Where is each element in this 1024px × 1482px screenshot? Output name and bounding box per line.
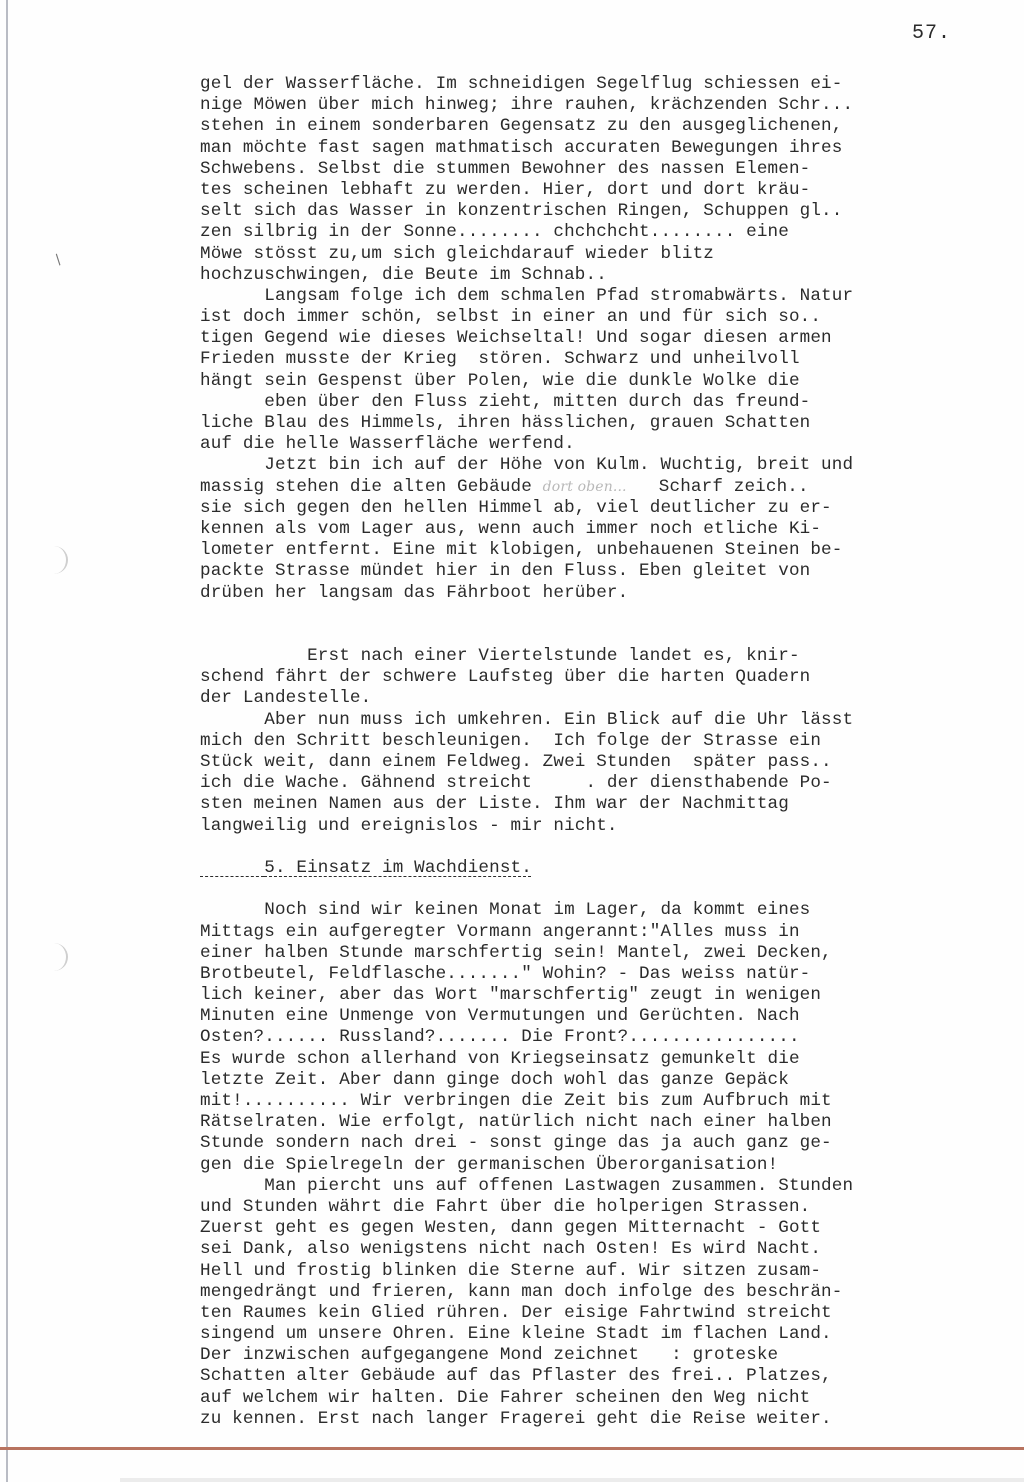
blank-line <box>200 837 990 858</box>
scan-edge-shadow <box>120 1478 1024 1482</box>
text-line: tes scheinen lebhaft zu werden. Hier, do… <box>200 180 990 201</box>
section-heading: 5. Einsatz im Wachdienst. <box>200 858 990 879</box>
text-line: langweilig und ereignislos - mir nicht. <box>200 816 990 837</box>
text-line: eben über den Fluss zieht, mitten durch … <box>200 392 990 413</box>
section-heading-text: 5. Einsatz im Wachdienst. <box>264 858 532 878</box>
page-number: 57. <box>912 22 951 45</box>
text-line: lometer entfernt. Eine mit klobigen, unb… <box>200 540 990 561</box>
text-line: Noch sind wir keinen Monat im Lager, da … <box>200 900 990 921</box>
text-line: Frieden musste der Krieg stören. Schwarz… <box>200 349 990 370</box>
text-line: zu kennen. Erst nach langer Fragerei geh… <box>200 1409 990 1430</box>
text-line: Osten?...... Russland?....... Die Front?… <box>200 1027 990 1048</box>
text-line: und Stunden währt die Fahrt über die hol… <box>200 1197 990 1218</box>
text-line: tigen Gegend wie dieses Weichseltal! Und… <box>200 328 990 349</box>
text-line: gel der Wasserfläche. Im schneidigen Seg… <box>200 74 990 95</box>
text-line: auf die helle Wasserfläche werfend. <box>200 434 990 455</box>
blank-line <box>200 604 990 625</box>
text-line: sie sich gegen den hellen Himmel ab, vie… <box>200 498 990 519</box>
text-line: lich keiner, aber das Wort "marschfertig… <box>200 985 990 1006</box>
text-line: Der inzwischen aufgegangene Mond zeichne… <box>200 1345 990 1366</box>
text-line: packte Strasse mündet hier in den Fluss.… <box>200 561 990 582</box>
punch-hole-icon <box>40 943 68 971</box>
text-line: zen silbrig in der Sonne........ chchchc… <box>200 222 990 243</box>
text-line: Erst nach einer Viertelstunde landet es,… <box>200 646 990 667</box>
text-line: Brotbeutel, Feldflasche......." Wohin? -… <box>200 964 990 985</box>
typewritten-text: gel der Wasserfläche. Im schneidigen Seg… <box>200 74 990 1430</box>
text-line: massig stehen die alten Gebäude dort obe… <box>200 477 990 498</box>
text-line: sten meinen Namen aus der Liste. Ihm war… <box>200 794 990 815</box>
text-line: man möchte fast sagen mathmatisch accura… <box>200 138 990 159</box>
text-line: Minuten eine Unmenge von Vermutungen und… <box>200 1006 990 1027</box>
text-line: Hell und frostig blinken die Sterne auf.… <box>200 1261 990 1282</box>
text-line: einer halben Stunde marschfertig sein! M… <box>200 943 990 964</box>
punch-hole-icon <box>40 546 68 574</box>
text-line: Jetzt bin ich auf der Höhe von Kulm. Wuc… <box>200 455 990 476</box>
text-line: Mittags ein aufgeregter Vormann angerann… <box>200 922 990 943</box>
text-line: stehen in einem sonderbaren Gegensatz zu… <box>200 116 990 137</box>
text-line: Zuerst geht es gegen Westen, dann gegen … <box>200 1218 990 1239</box>
text-line: Rätselraten. Wie erfolgt, natürlich nich… <box>200 1112 990 1133</box>
blank-line <box>200 879 990 900</box>
text-line: sei Dank, also wenigstens nicht nach Ost… <box>200 1239 990 1260</box>
text-line: Schwebens. Selbst die stummen Bewohner d… <box>200 159 990 180</box>
text-line: Schatten alter Gebäude auf das Pflaster … <box>200 1366 990 1387</box>
text-line: ten Raumes kein Glied rühren. Der eisige… <box>200 1303 990 1324</box>
binding-edge-line <box>6 0 8 1482</box>
text-line: der Landestelle. <box>200 688 990 709</box>
text-line: Stunde sondern nach drei - sonst ginge d… <box>200 1133 990 1154</box>
scan-edge-rule <box>0 1447 1024 1450</box>
text-segment: Scharf zeich.. <box>627 477 809 497</box>
text-line: ist doch immer schön, selbst in einer an… <box>200 307 990 328</box>
pencil-mark-icon: / <box>52 252 65 268</box>
text-line: hängt sein Gespenst über Polen, wie die … <box>200 371 990 392</box>
text-line: mit!.......... Wir verbringen die Zeit b… <box>200 1091 990 1112</box>
text-line: Stück weit, dann einem Feldweg. Zwei Stu… <box>200 752 990 773</box>
text-line: nige Möwen über mich hinweg; ihre rauhen… <box>200 95 990 116</box>
text-line: mengedrängt und frieren, kann man doch i… <box>200 1282 990 1303</box>
text-line: Es wurde schon allerhand von Kriegseinsa… <box>200 1049 990 1070</box>
text-line: mich den Schritt beschleunigen. Ich folg… <box>200 731 990 752</box>
text-line: gen die Spielregeln der germanischen Übe… <box>200 1155 990 1176</box>
text-segment: massig stehen die alten Gebäude <box>200 477 543 497</box>
text-line: liche Blau des Himmels, ihren hässlichen… <box>200 413 990 434</box>
text-line: kennen als vom Lager aus, wenn auch imme… <box>200 519 990 540</box>
text-line: Man piercht uns auf offenen Lastwagen zu… <box>200 1176 990 1197</box>
text-line: hochzuschwingen, die Beute im Schnab.. <box>200 265 990 286</box>
text-line: Möwe stösst zu,um sich gleichdarauf wied… <box>200 244 990 265</box>
text-line: Aber nun muss ich umkehren. Ein Blick au… <box>200 710 990 731</box>
text-line: drüben her langsam das Fährboot herüber. <box>200 583 990 604</box>
text-line: singend um unsere Ohren. Eine kleine Sta… <box>200 1324 990 1345</box>
text-line: Langsam folge ich dem schmalen Pfad stro… <box>200 286 990 307</box>
text-line: schend fährt der schwere Laufsteg über d… <box>200 667 990 688</box>
text-line: ich die Wache. Gähnend streicht . der di… <box>200 773 990 794</box>
document-page: / 57. gel der Wasserfläche. Im schneidig… <box>0 0 1024 1482</box>
handwritten-insert: dort oben... <box>543 479 627 495</box>
blank-line <box>200 625 990 646</box>
text-line: selt sich das Wasser in konzentrischen R… <box>200 201 990 222</box>
text-line: auf welchem wir halten. Die Fahrer schei… <box>200 1388 990 1409</box>
text-line: letzte Zeit. Aber dann ginge doch wohl d… <box>200 1070 990 1091</box>
